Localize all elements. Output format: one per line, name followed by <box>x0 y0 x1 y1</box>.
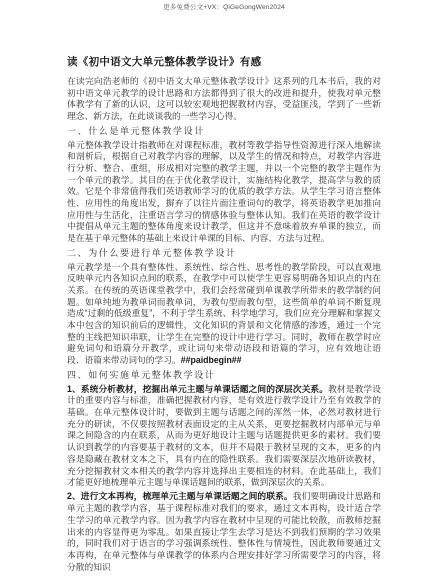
numbered-point-2-lead: 2、进行文本再构，梳理单元主题与单课话题之间的联系。 <box>67 491 293 501</box>
numbered-point-1: 1、系统分析教材，挖掘出单元主题与单课话题之间的深层次关系。教材是教学设计的重要… <box>67 384 381 489</box>
numbered-point-2-text: 我们要明确设计思路和单元主题的教学内容，基于课程标准对我们的要求，通过文本再构，… <box>67 491 381 571</box>
document-page: 更多免费公文+VX：QiGeGongWen2024 读《初中语文大单元整体教学设… <box>0 0 448 580</box>
numbered-point-1-lead: 1、系统分析教材，挖掘出单元主题与单课话题之间的深层次关系。 <box>67 384 328 394</box>
document-title: 读《初中语文大单元整体教学设计》有感 <box>67 56 381 69</box>
numbered-point-2: 2、进行文本再构，梳理单元主题与单课话题之间的联系。我们要明确设计思路和单元主题… <box>67 491 381 573</box>
intro-paragraph: 在读完向浩老师的《初中语文大单元整体教学设计》这系列的几本书后，我的对初中语文单… <box>67 76 381 123</box>
watermark-note: 更多免费公文+VX：QiGeGongWen2024 <box>0 3 448 12</box>
section-1-paragraph: 单元整体教学设计指教师在对课程标准，教材等教学指导性资源进行深入地解读和剖析后，… <box>67 140 381 245</box>
numbered-point-1-text: 教材是教学设计的重要内容与标准，准确把握教材内容，是有效进行教学设计乃至有效教学… <box>67 384 381 488</box>
section-heading-1: 一、什么是单元整体教学设计 <box>67 126 381 138</box>
section-heading-2: 二、为什么要进行单元整体教学设计 <box>67 248 381 260</box>
section-2-paragraph: 单元教学是一个具有整体性、系统性、综合性、思考性的教学阶段，可以直观地反映单元内… <box>67 262 381 367</box>
document-content: 读《初中语文大单元整体教学设计》有感 在读完向浩老师的《初中语文大单元整体教学设… <box>67 56 381 576</box>
section-heading-4: 四、如何实施单元整体教学设计 <box>67 370 381 382</box>
paid-begin-marker: ##paidbegin## <box>181 355 242 365</box>
section-2-text: 单元教学是一个具有整体性、系统性、综合性、思考性的教学阶段，可以直观地反映单元内… <box>67 262 381 366</box>
